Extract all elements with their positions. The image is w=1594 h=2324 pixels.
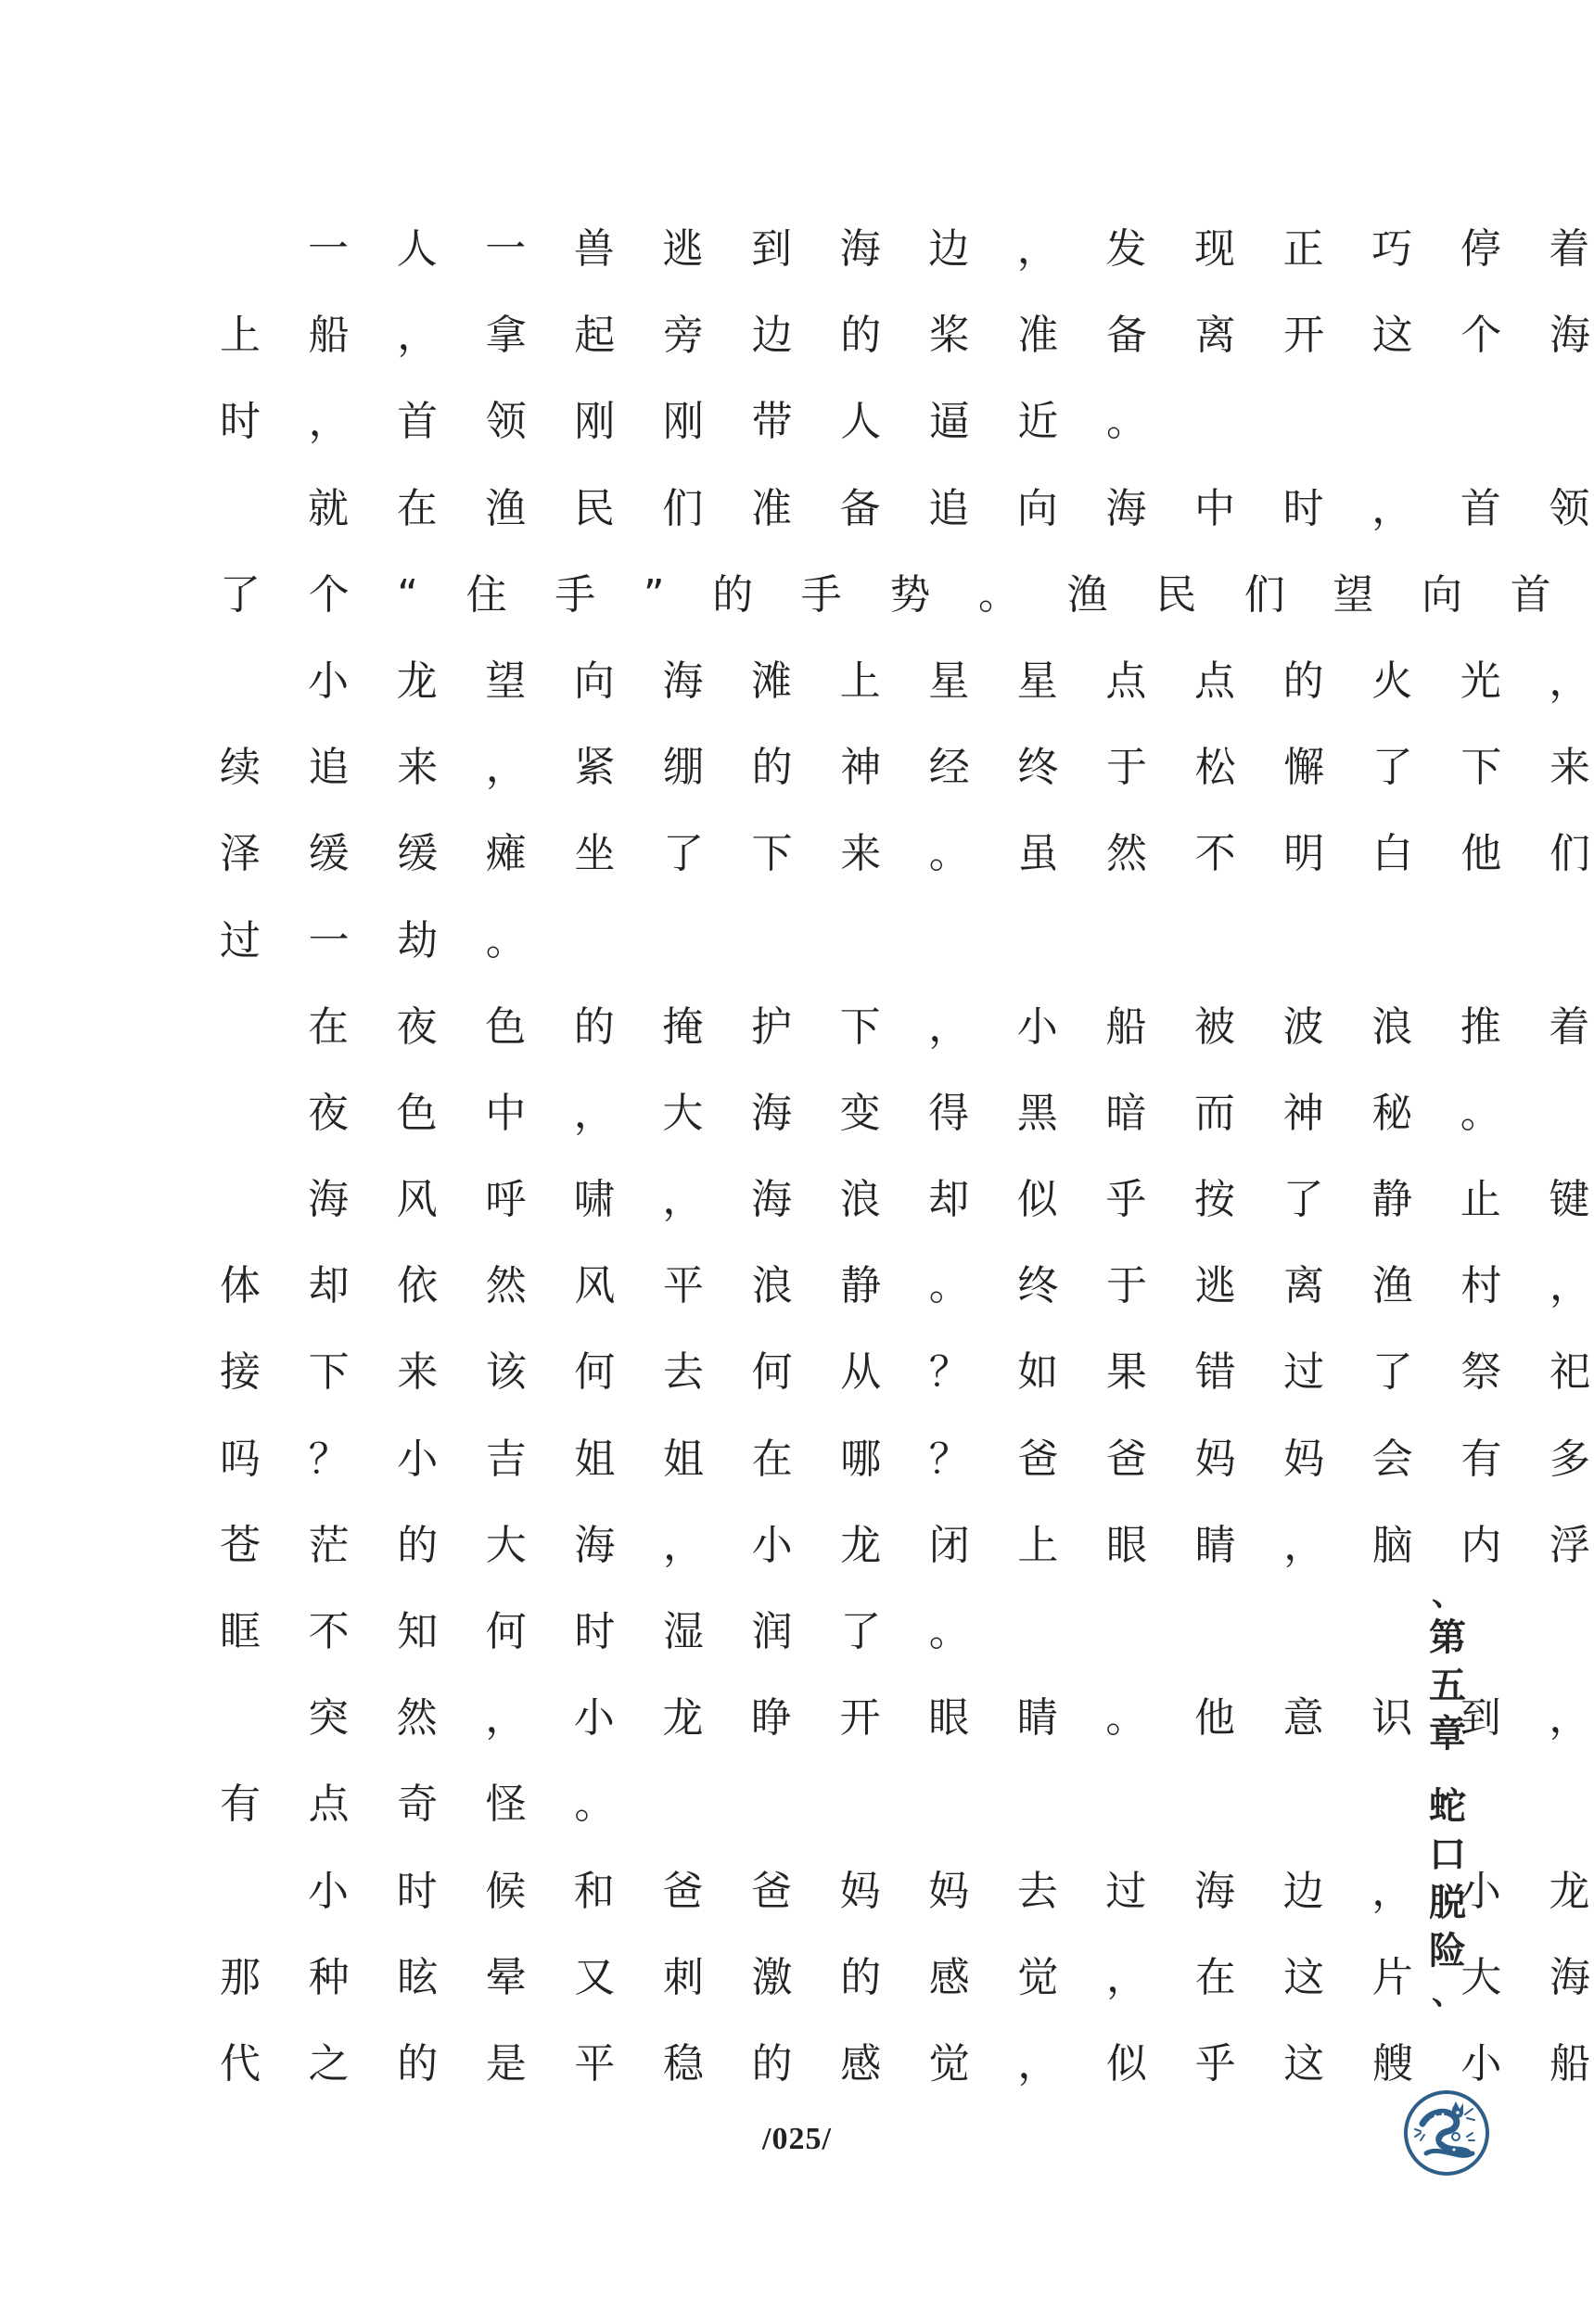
text-line: 夜色中，大海变得黑暗而神秘。 [220, 1070, 1379, 1156]
paragraph-2: 就在渔民们准备追向海中时，首领望向海面，阴沉着脸打 了个“住手”的手势。渔民们望… [220, 466, 1379, 638]
text-line: 了个“住手”的手势。渔民们望向首领，同时停下了脚步。 [43, 552, 1379, 638]
text-line: 体却依然风平浪静。终于逃离渔村，小龙却是心中一阵凄然。 [43, 1243, 1379, 1329]
text-line: 就在渔民们准备追向海中时，首领望向海面，阴沉着脸打 [220, 466, 1379, 552]
title-char: 蛇 [1429, 1782, 1466, 1831]
text-line: 有点奇怪。 [43, 1761, 1379, 1847]
paragraph-5: 夜色中，大海变得黑暗而神秘。 [220, 1070, 1379, 1156]
text-line: 在夜色的掩护下，小船被波浪推着，越走越远。 [220, 984, 1379, 1070]
text-line: 时，首领刚刚带人逼近。 [43, 378, 1379, 465]
paragraph-8: 小时候和爸爸妈妈去过海边，小龙当时体验过海上冲浪。 那种眩晕又刺激的感觉，在这片… [220, 1848, 1379, 2108]
chapter-char: 章 [1429, 1710, 1466, 1758]
chapter-char: 五 [1429, 1662, 1466, 1710]
chapter-char: 第 [1429, 1614, 1466, 1662]
text-line: 那种眩晕又刺激的感觉，在这片大海上却完全感受不到。取而 [43, 1935, 1379, 2021]
chapter-lead-mark: 、 [1432, 1577, 1463, 1614]
text-line: 代之的是平稳的感觉，似乎这艘小船有自己的意志，正沿着某 [43, 2021, 1379, 2107]
text-line: 苍茫的大海，小龙闭上眼睛，脑内浮现爸爸妈妈焦急的脸，眼 [43, 1502, 1379, 1589]
title-char: 口 [1429, 1831, 1466, 1879]
page-number: /025/ [0, 2122, 1594, 2157]
paragraph-4: 在夜色的掩护下，小船被波浪推着，越走越远。 [220, 984, 1379, 1070]
title-char: 脱 [1429, 1879, 1466, 1927]
text-line: 接下来该何去何从？如果错过了祭祀，还能回到原来的地方 [43, 1329, 1379, 1415]
paragraph-1: 一人一兽逃到海边，发现正巧停着一艘小船。他们立刻跳 上船，拿起旁边的桨准备离开这… [220, 206, 1379, 466]
text-line: 眶不知何时湿润了。 [43, 1589, 1379, 1675]
text-line: 吗？小吉姐姐在哪？爸爸妈妈会有多担心？望着无尽的夜空、 [43, 1416, 1379, 1502]
text-line: 小龙望向海滩上星星点点的火光，察觉到他们并不准备继 [220, 638, 1379, 724]
title-char: 险 [1429, 1927, 1466, 1975]
text-line: 续追来，紧绷的神经终于松懈了下来。他长出了口气，靠着白 [43, 724, 1379, 811]
text-line: 海风呼啸，海浪却似乎按了静止键。大海虽偶有风波，整 [220, 1156, 1379, 1243]
chapter-title-vertical: 、 第 五 章 蛇 口 脱 险 、 [1419, 1577, 1476, 2012]
paragraph-7: 突然，小龙睁开眼睛。他意识到，船在大海上的移动好像 有点奇怪。 [220, 1675, 1379, 1847]
body-text: 一人一兽逃到海边，发现正巧停着一艘小船。他们立刻跳 上船，拿起旁边的桨准备离开这… [220, 206, 1379, 2107]
text-line: 上船，拿起旁边的桨准备离开这个海岛。当他们终于远离海岛 [43, 292, 1379, 378]
text-line: 泽缓缓瘫坐了下来。虽然不明白他们为什么不追了，但总算逃 [43, 811, 1379, 897]
text-line: 一人一兽逃到海边，发现正巧停着一艘小船。他们立刻跳 [220, 206, 1379, 292]
paragraph-6: 海风呼啸，海浪却似乎按了静止键。大海虽偶有风波，整 体却依然风平浪静。终于逃离渔… [220, 1156, 1379, 1675]
book-page: 一人一兽逃到海边，发现正巧停着一艘小船。他们立刻跳 上船，拿起旁边的桨准备离开这… [0, 0, 1594, 2324]
paragraph-3: 小龙望向海滩上星星点点的火光，察觉到他们并不准备继 续追来，紧绷的神经终于松懈了… [220, 638, 1379, 984]
text-line: 小时候和爸爸妈妈去过海边，小龙当时体验过海上冲浪。 [220, 1848, 1379, 1935]
text-line: 突然，小龙睁开眼睛。他意识到，船在大海上的移动好像 [220, 1675, 1379, 1761]
text-line: 过一劫。 [43, 898, 1379, 984]
chapter-end-mark: 、 [1432, 1975, 1463, 2012]
